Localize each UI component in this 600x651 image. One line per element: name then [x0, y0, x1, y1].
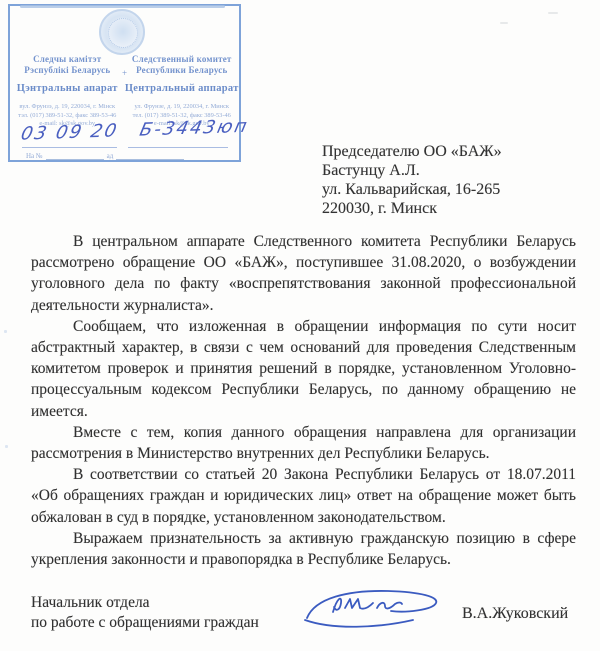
stamp-column-belarusian: Следчы камітэт Рэспублікі Беларусь Цэнтр… [10, 54, 125, 129]
signatory-position-line2: по работе с обращениями граждан [31, 613, 259, 633]
org-name-ru-line1: Следственный комитет [125, 54, 240, 65]
address-by-line1: вул. Фрунзэ, д. 19, 220034, г. Мінск [10, 103, 125, 112]
signatory-position-line1: Начальник отдела [31, 593, 259, 613]
body-paragraph: В центральном аппарате Следственного ком… [31, 231, 576, 316]
stamp-smudge-line [20, 5, 225, 8]
body-paragraph: Выражаем признательность за активную гра… [31, 528, 576, 570]
scan-artifact [5, 445, 8, 448]
org-name-by-line2: Рэспублікі Беларусь [10, 65, 125, 76]
addressee-line-name: Бастунцу А.Л. [322, 161, 502, 180]
state-emblem-icon [99, 9, 145, 55]
org-name-ru-line2: Республики Беларусь [125, 65, 240, 76]
ref-blank-date [116, 152, 184, 160]
handwritten-date: 03 09 20 [19, 120, 120, 144]
addressee-line-street: ул. Кальварийская, 16-265 [322, 180, 502, 199]
ref-middle-label: ад [107, 152, 114, 160]
addressee-line-city: 220030, г. Минск [322, 199, 502, 218]
incoming-ref-form-line: На № ад [26, 152, 187, 160]
letter-body: В центральном аппарате Следственного ком… [31, 231, 576, 570]
org-name-by-line1: Следчы камітэт [10, 54, 125, 65]
signatory-name: В.А.Жуковский [462, 605, 568, 623]
scan-artifact [4, 330, 7, 333]
address-by-line2: тэл. (017) 389-51-32, факс 389-53-46 [10, 112, 125, 121]
address-ru-line1: ул. Фрунзе, д. 19, 220034, г. Минск [125, 103, 240, 112]
division-ru: Центральный аппарат [125, 83, 240, 94]
body-paragraph: В соответствии со статьей 20 Закона Респ… [31, 464, 576, 528]
addressee-block: Председателю ОО «БАЖ» Бастунцу А.Л. ул. … [322, 142, 502, 218]
scan-artifact [548, 12, 558, 14]
division-by: Цэнтральны апарат [10, 83, 125, 94]
ref-prefix-label: На № [26, 152, 43, 160]
scanned-letter-page: { "colors": { "stamp_blue": "#7ea3d9", "… [0, 0, 600, 651]
signatory-position: Начальник отдела по работе с обращениями… [31, 593, 259, 633]
ref-underline-2 [128, 147, 228, 148]
scan-artifact [500, 22, 508, 24]
ref-underline-1 [22, 147, 117, 148]
letterhead-stamp: + Следчы камітэт Рэспублікі Беларусь Цэн… [8, 4, 241, 162]
body-paragraph: Вместе с тем, копия данного обращения на… [31, 422, 576, 464]
handwritten-outgoing-number: Б-3443юп [138, 116, 251, 141]
signature-scribble-icon [293, 584, 445, 634]
addressee-line-recipient: Председателю ОО «БАЖ» [322, 142, 502, 161]
body-paragraph: Сообщаем, что изложенная в обращении инф… [31, 316, 576, 422]
ref-blank-number [46, 152, 104, 160]
